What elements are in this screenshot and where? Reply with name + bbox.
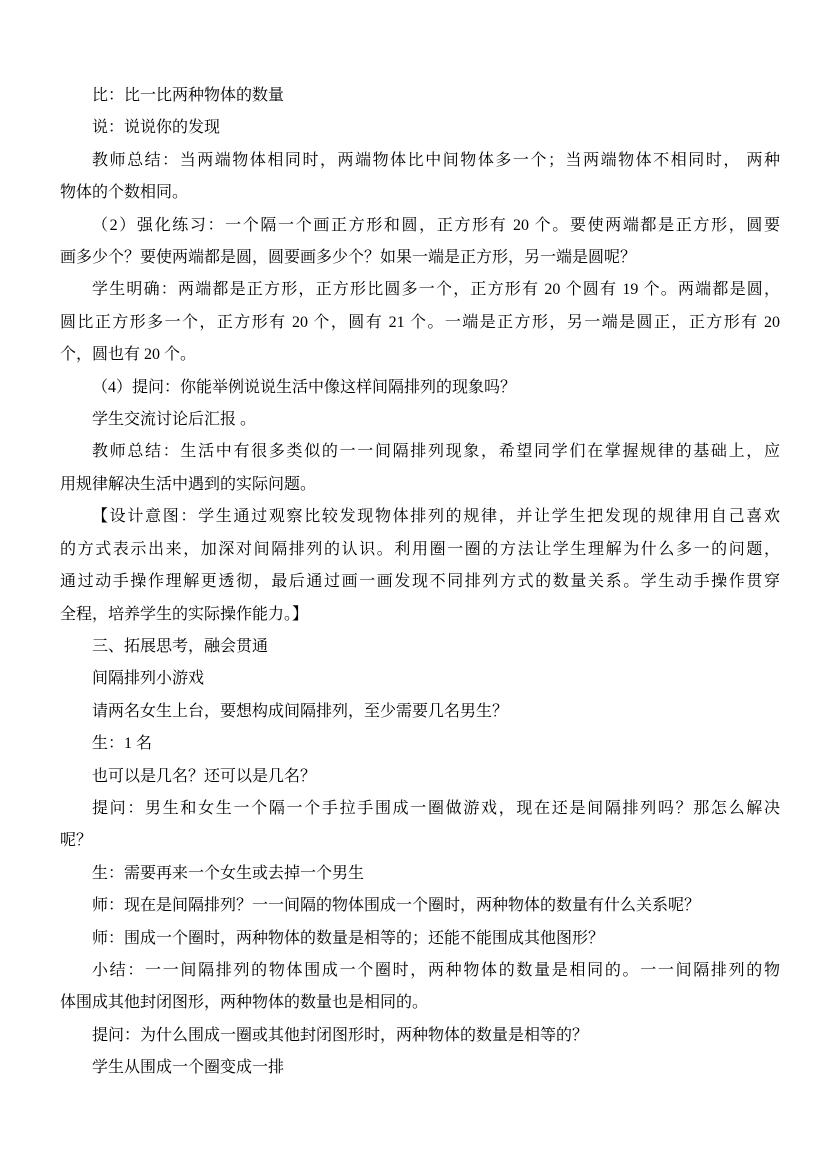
paragraph: 比：比一比两种物体的数量	[60, 80, 780, 112]
text-line: （4）提问：你能举例说说生活中像这样间隔排列的现象吗？	[60, 372, 780, 404]
paragraph: 教师总结：生活中有很多类似的一一间隔排列现象，希望同学们在掌握规律的基础上，应 …	[60, 436, 780, 501]
text-line: 通过动手操作理解更透彻，最后通过画一画发现不同排列方式的数量关系。学生动手操作贯…	[60, 566, 780, 598]
paragraph: 教师总结：当两端物体相同时，两端物体比中间物体多一个；当两端物体不相同时， 两种…	[60, 145, 780, 210]
text-line: 学生从围成一个圈变成一排	[60, 1052, 780, 1084]
text-line: 圆比正方形多一个，正方形有 20 个，圆有 21 个。一端是正方形，另一端是圆正…	[60, 307, 780, 339]
document-page: 比：比一比两种物体的数量 说：说说你的发现 教师总结：当两端物体相同时，两端物体…	[0, 0, 827, 1170]
paragraph: 提问：男生和女生一个隔一个手拉手围成一圈做游戏，现在还是间隔排列吗？那怎么解决 …	[60, 793, 780, 858]
text-line: 间隔排列小游戏	[60, 663, 780, 695]
text-line: 学生交流讨论后汇报 。	[60, 404, 780, 436]
paragraph: （2）强化练习：一个隔一个画正方形和圆，正方形有 20 个。要使两端都是正方形，…	[60, 210, 780, 275]
paragraph: 请两名女生上台，要想构成间隔排列，至少需要几名男生？	[60, 696, 780, 728]
text-line: 全程，培养学生的实际操作能力。】	[60, 599, 780, 631]
paragraph: 也可以是几名？还可以是几名？	[60, 761, 780, 793]
paragraph: 师：现在是间隔排列？一一间隔的物体围成一个圈时，两种物体的数量有什么关系呢？	[60, 890, 780, 922]
text-line: 体围成其他封闭图形，两种物体的数量也是相同的。	[60, 987, 780, 1019]
text-line: 比：比一比两种物体的数量	[60, 80, 780, 112]
paragraph: （4）提问：你能举例说说生活中像这样间隔排列的现象吗？	[60, 372, 780, 404]
paragraph: 【设计意图：学生通过观察比较发现物体排列的规律，并让学生把发现的规律用自己喜欢 …	[60, 501, 780, 631]
section-heading: 三、拓展思考，融会贯通	[60, 631, 780, 663]
paragraph: 生：1 名	[60, 728, 780, 760]
text-line: 个，圆也有 20 个。	[60, 339, 780, 371]
text-line: 请两名女生上台，要想构成间隔排列，至少需要几名男生？	[60, 696, 780, 728]
paragraph: 提问：为什么围成一圈或其他封闭图形时，两种物体的数量是相等的？	[60, 1020, 780, 1052]
text-line: 小结：一一间隔排列的物体围成一个圈时，两种物体的数量是相同的。一一间隔排列的物	[60, 955, 780, 987]
paragraph: 学生明确：两端都是正方形，正方形比圆多一个，正方形有 20 个圆有 19 个。两…	[60, 274, 780, 371]
paragraph: 生：需要再来一个女生或去掉一个男生	[60, 858, 780, 890]
text-line: 画多少个？要使两端都是圆，圆要画多少个？如果一端是正方形，另一端是圆呢？	[60, 242, 780, 274]
paragraph: 小结：一一间隔排列的物体围成一个圈时，两种物体的数量是相同的。一一间隔排列的物 …	[60, 955, 780, 1020]
paragraph: 三、拓展思考，融会贯通	[60, 631, 780, 663]
text-line: 呢？	[60, 825, 780, 857]
text-line: 师：围成一个圈时，两种物体的数量是相等的；还能不能围成其他图形？	[60, 923, 780, 955]
text-line: 的方式表示出来，加深对间隔排列的认识。利用圈一圈的方法让学生理解为什么多一的问题…	[60, 534, 780, 566]
paragraph: 学生从围成一个圈变成一排	[60, 1052, 780, 1084]
text-line: 教师总结：当两端物体相同时，两端物体比中间物体多一个；当两端物体不相同时， 两种	[60, 145, 780, 177]
text-line: 生：1 名	[60, 728, 780, 760]
paragraph: 学生交流讨论后汇报 。	[60, 404, 780, 436]
text-line: 师：现在是间隔排列？一一间隔的物体围成一个圈时，两种物体的数量有什么关系呢？	[60, 890, 780, 922]
text-line: 生：需要再来一个女生或去掉一个男生	[60, 858, 780, 890]
text-line: 用规律解决生活中遇到的实际问题。	[60, 469, 780, 501]
text-line: 【设计意图：学生通过观察比较发现物体排列的规律，并让学生把发现的规律用自己喜欢	[60, 501, 780, 533]
text-line: 学生明确：两端都是正方形，正方形比圆多一个，正方形有 20 个圆有 19 个。两…	[60, 274, 780, 306]
text-line: 物体的个数相同。	[60, 177, 780, 209]
text-line: 说：说说你的发现	[60, 112, 780, 144]
text-line: 提问：男生和女生一个隔一个手拉手围成一圈做游戏，现在还是间隔排列吗？那怎么解决	[60, 793, 780, 825]
paragraph: 说：说说你的发现	[60, 112, 780, 144]
text-line: （2）强化练习：一个隔一个画正方形和圆，正方形有 20 个。要使两端都是正方形，…	[60, 210, 780, 242]
paragraph: 间隔排列小游戏	[60, 663, 780, 695]
text-line: 教师总结：生活中有很多类似的一一间隔排列现象，希望同学们在掌握规律的基础上，应	[60, 436, 780, 468]
paragraph: 师：围成一个圈时，两种物体的数量是相等的；还能不能围成其他图形？	[60, 923, 780, 955]
text-line: 提问：为什么围成一圈或其他封闭图形时，两种物体的数量是相等的？	[60, 1020, 780, 1052]
text-line: 也可以是几名？还可以是几名？	[60, 761, 780, 793]
